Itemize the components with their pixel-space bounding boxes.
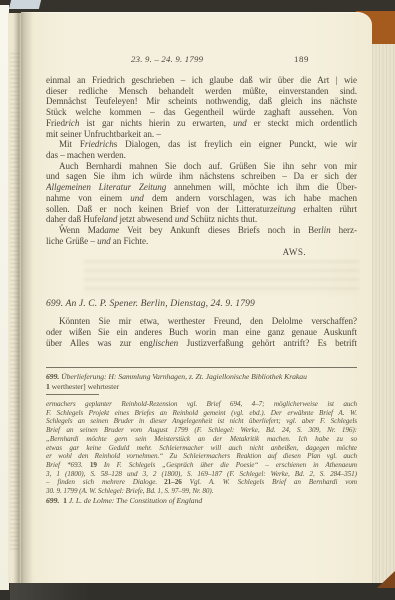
text-line: Brief *693. 19 In F. Schlegels „Gespräch… <box>46 461 357 470</box>
text-line: und sagen Sie ihm ich würde ihm nächsten… <box>46 171 357 182</box>
text-segment: rich <box>65 118 79 128</box>
commentary-block: ermachers geplanter Reinhold-Rezension v… <box>46 400 357 496</box>
text-segment: Könnten Sie mir etwa, werthester Freund,… <box>59 316 357 326</box>
text-line: Wenn Madame Veit bey Ankunft dieses Brie… <box>46 225 357 236</box>
text-line: liche Grüße – und an Fichte. <box>46 236 357 247</box>
underlying-page-edge <box>9 0 41 9</box>
text-segment: mit seiner Unfruchtbarkeit an. – <box>46 129 161 139</box>
text-segment: – finden sich mehrere Dialoge. <box>46 478 157 486</box>
text-segment: J. L. de Lolme: The Constitution of Engl… <box>67 496 202 505</box>
text-line: 699. Überlieferung: H: Sammlung Varnhage… <box>46 372 357 382</box>
text-segment: 699. <box>46 372 59 381</box>
book-page: 23. 9. – 24. 9. 1799 189 einmal an Fried… <box>21 12 372 583</box>
letter-699-body: Könnten Sie mir etwa, werthester Freund,… <box>46 316 357 350</box>
letter-698-lines: einmal an Friedrich geschrieben – ich gl… <box>46 75 357 247</box>
ink-speck <box>61 224 63 226</box>
footnote-separator-rule <box>46 367 357 368</box>
text-segment: Stück welche kommen – das Gegentheil wür… <box>46 107 357 117</box>
text-line: Stück welche kommen – das Gegentheil wür… <box>46 107 357 118</box>
text-segment: Fried <box>46 118 65 128</box>
text-segment: Wenn Mad <box>59 225 104 235</box>
text-line: F. Schlegels Projekt eines Briefes an Re… <box>46 409 357 418</box>
text-segment: „Bernhardi möchte gern sein Meisterstück… <box>46 435 357 443</box>
text-segment: das – machen werden. <box>46 150 126 160</box>
text-segment: an Fichte. <box>111 236 149 246</box>
text-line: 699. 1 J. L. de Lolme: The Constitution … <box>46 496 357 506</box>
text-line: Könnten Sie mir etwa, werthester Freund,… <box>46 316 357 327</box>
text-segment: In F. Schlegels „Gespräch über die Poesi… <box>97 461 357 469</box>
text-segment: ist gar nichts hierin zu erwarten, <box>79 118 233 128</box>
text-segment: 19 <box>90 461 97 469</box>
text-segment: Schütz nichts thut. <box>188 214 257 224</box>
text-segment: annehmen will, möchte ich ihm die Über- <box>166 182 357 192</box>
text-line: ermachers geplanter Reinhold-Rezension v… <box>46 400 357 409</box>
apparatus-short-rule <box>46 394 99 395</box>
text-segment: dem andern vorschlagen, was ich habe mac… <box>144 193 357 203</box>
text-line: über Alles was zur englischen Justizverf… <box>46 338 357 349</box>
text-line: Mit Friedrichs Dialogen, das ist freylic… <box>46 139 357 150</box>
text-line: er wohl den Reinhold vornehmen.“ Zu Schl… <box>46 452 357 461</box>
text-line: 5Demnächst Teufeleyen! Mir scheints noth… <box>46 96 357 107</box>
text-segment: und <box>233 118 247 128</box>
text-segment: F. Schlegels Projekt eines Briefes an Re… <box>46 409 357 417</box>
text-segment: Brief *693. <box>46 461 83 469</box>
text-segment: herz- <box>331 225 357 235</box>
text-segment: und sagen Sie ihm ich würde ihm nächsten… <box>46 171 357 181</box>
text-line: 1 werthester] wehrtester <box>46 382 357 392</box>
text-segment: dieser redliche Mensch behandelt werden … <box>46 86 357 96</box>
text-segment: er steckt mich ordentlich <box>247 118 357 128</box>
text-segment: land <box>101 214 117 224</box>
text-segment: über Alles was zur eng <box>46 338 153 348</box>
text-segment: lischen <box>153 338 178 348</box>
apparatus-block: 699. Überlieferung: H: Sammlung Varnhage… <box>46 372 357 392</box>
text-segment: Auch Bernhardi mahnen Sie doch auf. Grüß… <box>59 161 357 171</box>
text-line: Schlegels an seinen Bruder in dieser Ang… <box>46 417 357 426</box>
text-segment: s Dialogen, das ist freylich ein eigner … <box>114 139 357 149</box>
text-segment: lin <box>321 225 330 235</box>
text-segment: zeitung <box>270 204 296 214</box>
text-segment: und <box>130 193 144 203</box>
text-segment: Allgemeinen Literatur Zeitung <box>46 182 166 192</box>
text-line: etwas gar keine Geduld mehr. Schleiermac… <box>46 444 357 453</box>
text-segment: Mit F <box>59 139 85 149</box>
page-number: 189 <box>294 54 309 64</box>
text-line: 3, 1 (1800), S. 58–128 und 3, 2 (1800), … <box>46 470 357 479</box>
footnote-699: 699. 1 J. L. de Lolme: The Constitution … <box>46 496 357 506</box>
text-line: dieser redliche Mensch behandelt werden … <box>46 86 357 97</box>
text-segment: Veit bey Ankunft dieses Briefs noch in B… <box>119 225 321 235</box>
binding-crease-shadow <box>13 12 24 583</box>
scanned-book-photo: { "scan": { "background_color": "#36332d… <box>0 0 395 600</box>
text-line: – finden sich mehrere Dialoge. 21–26 Vgl… <box>46 478 357 487</box>
text-segment: und <box>97 236 111 246</box>
text-segment: werthester] wehrtester <box>50 382 119 391</box>
text-segment: ermachers geplanter Reinhold-Rezension v… <box>46 400 357 408</box>
text-line: oder wißen Sie ein anderes Buch worin ma… <box>46 327 357 338</box>
text-segment: einmal an Friedrich geschrieben – ich gl… <box>46 75 357 85</box>
running-header-date: 23. 9. – 24. 9. 1799 <box>131 54 203 64</box>
text-line: Brief an seinen Bruder vom August 1799 (… <box>46 426 357 435</box>
text-segment: und <box>175 214 189 224</box>
text-segment: nahme von einem <box>46 193 130 203</box>
text-segment: 21–26 <box>164 478 182 486</box>
text-line: 30. 9. 1799 (A. W. Schlegel: Briefe, Bd.… <box>46 487 357 496</box>
text-segment: Vgl. A. W. Schlegels Brief an Bernhardi … <box>182 478 357 486</box>
text-line: mit seiner Unfruchtbarkeit an. – <box>46 129 357 140</box>
text-segment: Schlegels an seinen Bruder in dieser Ang… <box>46 417 357 425</box>
text-segment <box>83 461 90 469</box>
text-segment: Demnächst Teufeleyen! Mir scheints nothw… <box>46 96 357 106</box>
text-segment: daher daß Hufe <box>46 214 101 224</box>
text-segment: jetzt abwesend <box>117 214 175 224</box>
text-segment: Überlieferung: H: Sammlung Varnhagen, z.… <box>61 372 307 381</box>
text-segment: Justizverfaßung gehört antrift? Es betri… <box>178 338 357 348</box>
text-line: einmal an Friedrich geschrieben – ich gl… <box>46 75 357 86</box>
text-segment: er wohl den Reinhold vornehmen.“ Zu Schl… <box>46 452 357 460</box>
letter-698-text: einmal an Friedrich geschrieben – ich gl… <box>46 75 357 257</box>
text-segment: Brief an seinen Bruder vom August 1799 (… <box>46 426 357 434</box>
text-segment: sollen. Daß er noch keinen Brief von der… <box>46 204 270 214</box>
letter-699-heading: 699. An J. C. P. Spener. Berlin, Diensta… <box>46 298 255 309</box>
text-segment: 3, 1 (1800), S. 58–128 und 3, 2 (1800), … <box>46 470 357 478</box>
text-line: nahme von einem und dem andern vorschlag… <box>46 193 357 204</box>
table-shadow <box>10 583 90 600</box>
text-segment: liche Grüße – <box>46 236 97 246</box>
text-segment: riedrich <box>85 139 114 149</box>
text-line: 10das – machen werden. <box>46 150 357 161</box>
text-segment: ame <box>104 225 119 235</box>
text-line: 15sollen. Daß er noch keinen Brief von d… <box>46 204 357 215</box>
text-segment: erhalten rührt <box>296 204 357 214</box>
signature: AWS. <box>46 247 357 258</box>
text-line: Auch Bernhardi mahnen Sie doch auf. Grüß… <box>46 161 357 172</box>
text-segment: etwas gar keine Geduld mehr. Schleiermac… <box>46 444 357 452</box>
text-line: „Bernhardi möchte gern sein Meisterstück… <box>46 435 357 444</box>
text-segment: 699. <box>46 496 59 505</box>
text-line: daher daß Hufeland jetzt abwesend und Sc… <box>46 214 357 225</box>
text-segment: oder wißen Sie ein anderes Buch worin ma… <box>46 327 357 337</box>
text-segment: 30. 9. 1799 (A. W. Schlegel: Briefe, Bd.… <box>46 487 213 495</box>
text-line: Friedrich ist gar nichts hierin zu erwar… <box>46 118 357 129</box>
page-stack-fore-edge <box>372 44 395 583</box>
text-line: Allgemeinen Literatur Zeitung annehmen w… <box>46 182 357 193</box>
showthrough-smudge <box>84 260 359 296</box>
